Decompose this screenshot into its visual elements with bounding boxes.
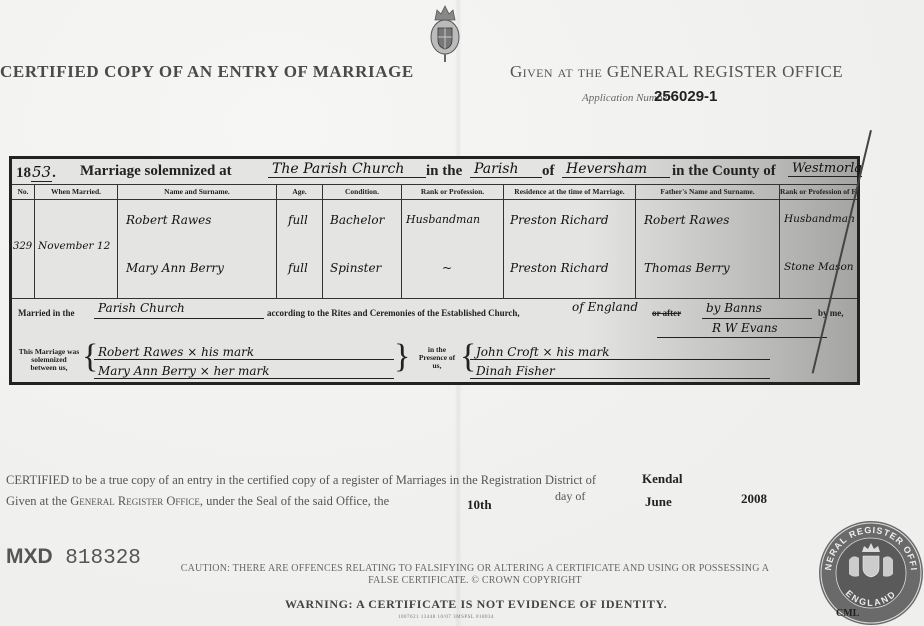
print-codes: 1007621 13448 10/07 3MSPSL 018034 — [398, 615, 494, 620]
between-brace: { — [82, 340, 98, 374]
cert-line2-prefix: Given at the — [6, 494, 67, 508]
after-value: by Banns — [706, 301, 762, 315]
parish-value: Heversham — [562, 161, 670, 178]
cert-line2-suffix: , under the Seal of the said Office, the — [200, 494, 389, 508]
groom-age: full — [288, 213, 308, 227]
solemnized-label: Marriage solemnized at — [80, 163, 232, 180]
issuing-office-name: GENERAL REGISTER OFFICE — [607, 62, 843, 81]
bride-father-rank: Stone Mason — [784, 261, 854, 273]
ceremony-details: Married in the Parish Church according t… — [12, 298, 857, 382]
col-header-when-married: When Married. — [35, 184, 118, 199]
of-label: of — [542, 163, 555, 180]
marriage-register-entry: 1853. Marriage solemnized at The Parish … — [9, 156, 860, 385]
rites-label: according to the Rites and Ceremonies of… — [267, 308, 520, 318]
county-value: Westmorland — [788, 161, 862, 177]
between-label: This Marriage was solemnized between us, — [18, 348, 80, 372]
day-of-label: day of — [555, 489, 585, 504]
in-the-label: in the — [426, 163, 462, 180]
groom-residence: Preston Richard — [510, 213, 609, 227]
col-header-name: Name and Surname. — [118, 184, 277, 199]
cert-line2-office: General Register Office — [70, 494, 200, 508]
married-in-value: Parish Church — [98, 301, 185, 315]
register-header: 1853. Marriage solemnized at The Parish … — [12, 159, 857, 185]
serial-prefix: MXD — [6, 545, 53, 568]
col-header-age: Age. — [277, 184, 323, 199]
certification-line-2: Given at the General Register Office, un… — [6, 494, 389, 509]
bride-residence: Preston Richard — [510, 261, 609, 275]
issuing-office: Given at the GENERAL REGISTER OFFICE — [510, 62, 843, 82]
district-type-value: Parish — [470, 161, 542, 178]
bride-condition: Spinster — [330, 261, 381, 275]
county-label: in the County of — [672, 163, 776, 180]
application-number: 256029-1 — [654, 88, 717, 105]
groom-rank: Husbandman — [406, 213, 480, 226]
married-in-label: Married in the — [18, 308, 75, 318]
certified-day: 10th — [467, 497, 492, 513]
when-married: November 12 — [38, 240, 110, 252]
or-after-label: or after — [652, 308, 681, 318]
year-prefix: 18 — [16, 165, 31, 181]
between-brace-close: } — [394, 340, 410, 374]
groom-name: Robert Rawes — [126, 213, 211, 227]
by-me-label: by me, — [818, 308, 844, 318]
registration-district: Kendal — [642, 471, 682, 487]
bride-father-name: Thomas Berry — [644, 261, 730, 275]
groom-condition: Bachelor — [330, 213, 384, 227]
year-suffix: 53 — [31, 163, 52, 182]
entry-rows: 329 November 12 Robert Rawes full Bachel… — [12, 199, 857, 299]
entry-number: 329 — [13, 241, 32, 252]
royal-crest-icon — [428, 0, 462, 62]
officiant-signature: R W Evans — [712, 321, 778, 335]
column-headers: No. When Married. Name and Surname. Age.… — [12, 184, 857, 200]
certificate-title: CERTIFIED COPY OF AN ENTRY OF MARRIAGE — [0, 62, 414, 82]
groom-father-rank: Husbandman — [784, 213, 855, 225]
serial-number: 818328 — [65, 547, 141, 570]
groom-father-name: Robert Rawes — [644, 213, 729, 227]
caution-notice: CAUTION: THERE ARE OFFENCES RELATING TO … — [165, 563, 785, 587]
issuing-office-prefix: Given at the — [510, 62, 602, 81]
groom-signature: Robert Rawes × his mark — [98, 345, 254, 359]
issuer-initials: CML — [836, 608, 859, 619]
col-header-no: No. — [12, 184, 35, 199]
certified-year: 2008 — [741, 491, 767, 507]
bride-age: full — [288, 261, 308, 275]
col-header-condition: Condition. — [323, 184, 402, 199]
witness-1-signature: John Croft × his mark — [476, 345, 609, 359]
rites-value: of England — [572, 300, 638, 314]
identity-warning: WARNING: A CERTIFICATE IS NOT EVIDENCE O… — [285, 597, 667, 612]
witness-2-signature: Dinah Fisher — [476, 364, 555, 378]
bride-name: Mary Ann Berry — [126, 261, 224, 275]
certification-line-1: CERTIFIED to be a true copy of an entry … — [6, 473, 596, 488]
presence-label: in the Presence of us, — [415, 346, 459, 370]
certificate-serial: MXD 818328 — [6, 545, 141, 570]
col-header-rank: Rank or Profession. — [402, 184, 504, 199]
col-header-father-rank: Rank or Profession of Father. — [780, 184, 857, 199]
col-header-father-name: Father's Name and Surname. — [636, 184, 780, 199]
bride-rank: ~ — [442, 261, 452, 275]
bride-signature: Mary Ann Berry × her mark — [98, 364, 270, 378]
place-value: The Parish Church — [268, 161, 426, 178]
col-header-residence: Residence at the time of Marriage. — [504, 184, 636, 199]
caution-line-2: FALSE CERTIFICATE. © CROWN COPYRIGHT — [165, 575, 785, 587]
certified-month: June — [645, 494, 672, 510]
caution-line-1: CAUTION: THERE ARE OFFENCES RELATING TO … — [165, 563, 785, 575]
general-register-office-seal-icon: GENERAL REGISTER OFFICE ENGLAND — [818, 520, 924, 626]
presence-brace: { — [460, 340, 476, 374]
